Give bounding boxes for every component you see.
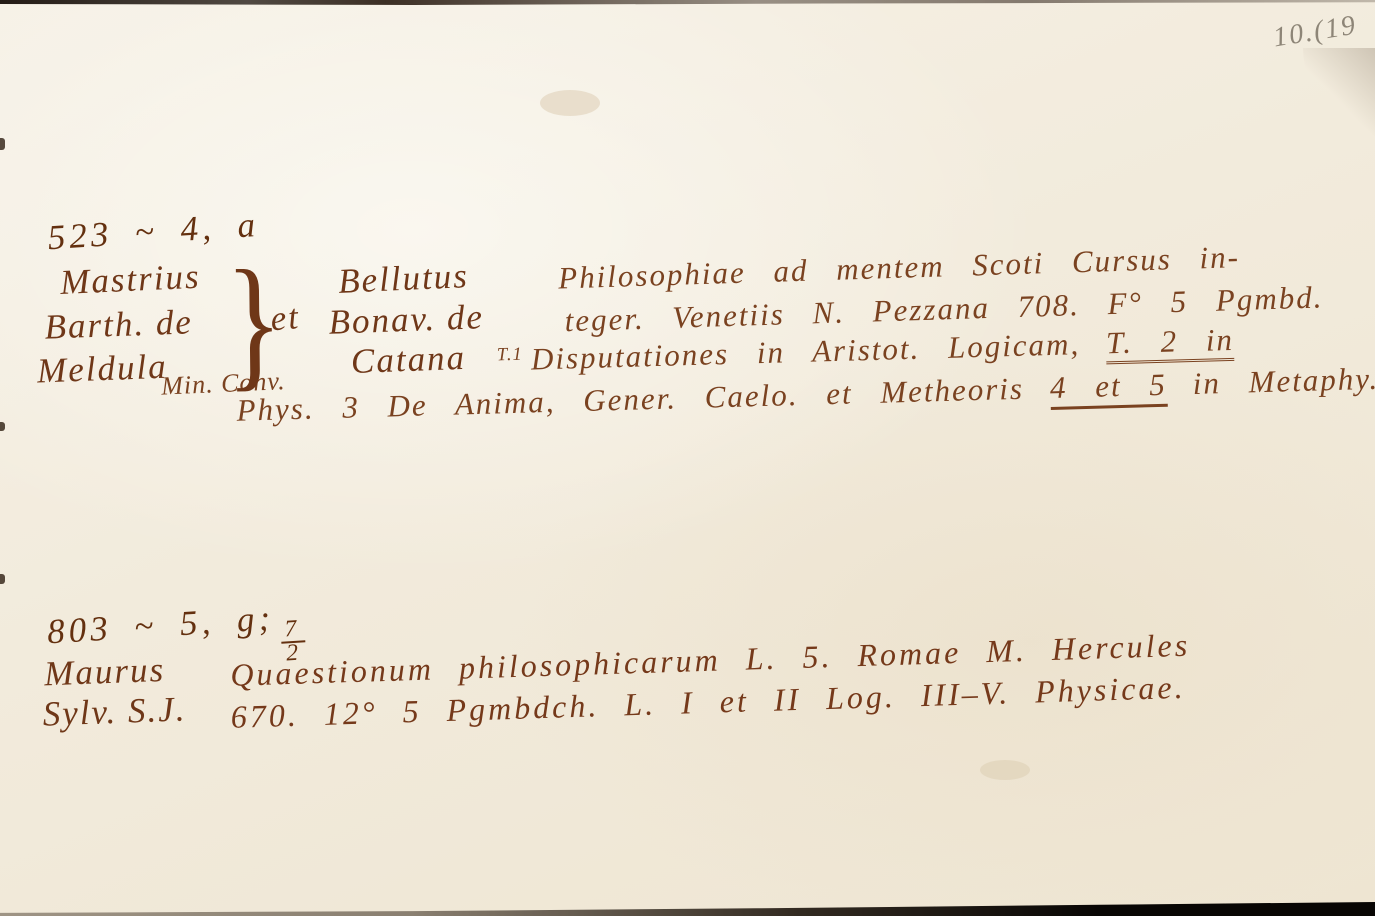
entry2-shelfmark-main: 803 ~ 5, g; — [46, 598, 275, 651]
entry2-author-line2: Sylv. S.J. — [42, 691, 187, 731]
entry2-author-line1: Maurus — [44, 652, 166, 691]
manuscript-catalog-page: 10.(19 523 ~ 4, a Mastrius Barth. de Mel… — [0, 0, 1375, 916]
catalog-entry-2: 803 ~ 5, g;72 Maurus Sylv. S.J. Quaestio… — [0, 0, 1375, 916]
